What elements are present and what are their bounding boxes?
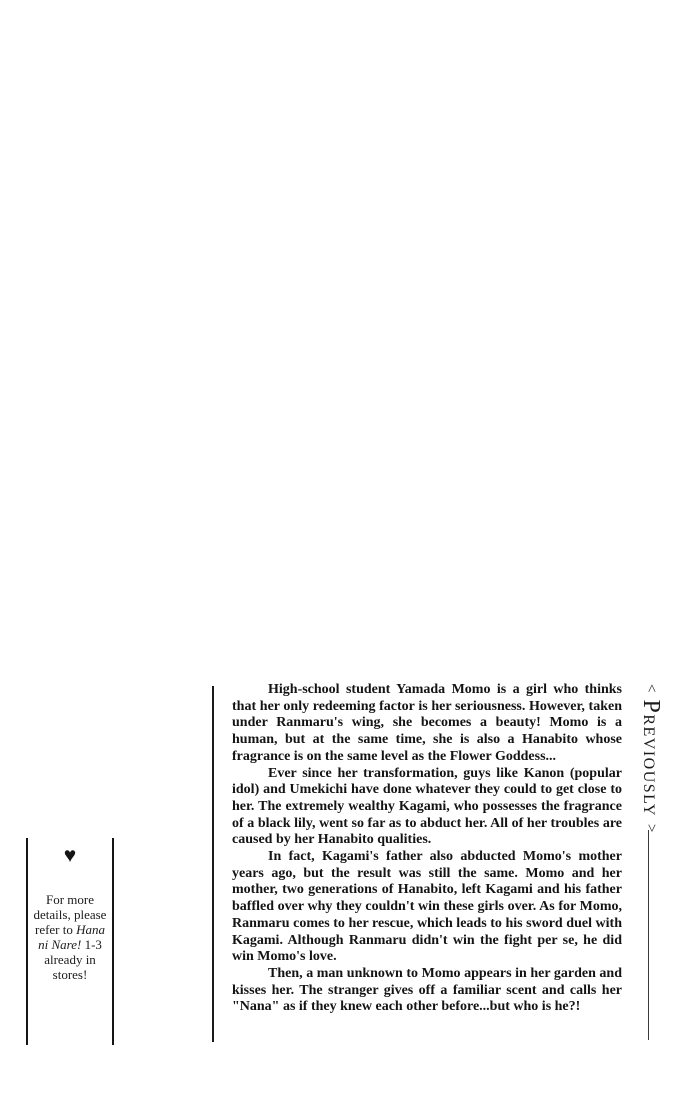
- store-note-text: For more details, please refer to Hana n…: [28, 892, 112, 982]
- recap-paragraph: Then, a man unknown to Momo appears in h…: [232, 966, 622, 1016]
- recap-text-block: High-school student Yamada Momo is a gir…: [232, 682, 622, 1016]
- manga-recap-page: ♥ For more details, please refer to Hana…: [0, 0, 700, 1118]
- heart-icon: ♥: [28, 844, 112, 866]
- recap-paragraph: High-school student Yamada Momo is a gir…: [232, 682, 622, 766]
- previously-vertical-label: < PREVIOUSLY >: [640, 684, 662, 832]
- left-angle-bracket: <: [643, 684, 660, 692]
- store-note-box: ♥ For more details, please refer to Hana…: [26, 838, 114, 1045]
- recap-paragraph: Ever since her transformation, guys like…: [232, 766, 622, 850]
- previously-tail-rule: [648, 830, 649, 1040]
- previously-label: PREVIOUSLY: [638, 699, 665, 816]
- recap-paragraph: In fact, Kagami's father also abducted M…: [232, 849, 622, 966]
- recap-divider-rule: [212, 686, 214, 1042]
- right-angle-bracket: >: [643, 824, 660, 832]
